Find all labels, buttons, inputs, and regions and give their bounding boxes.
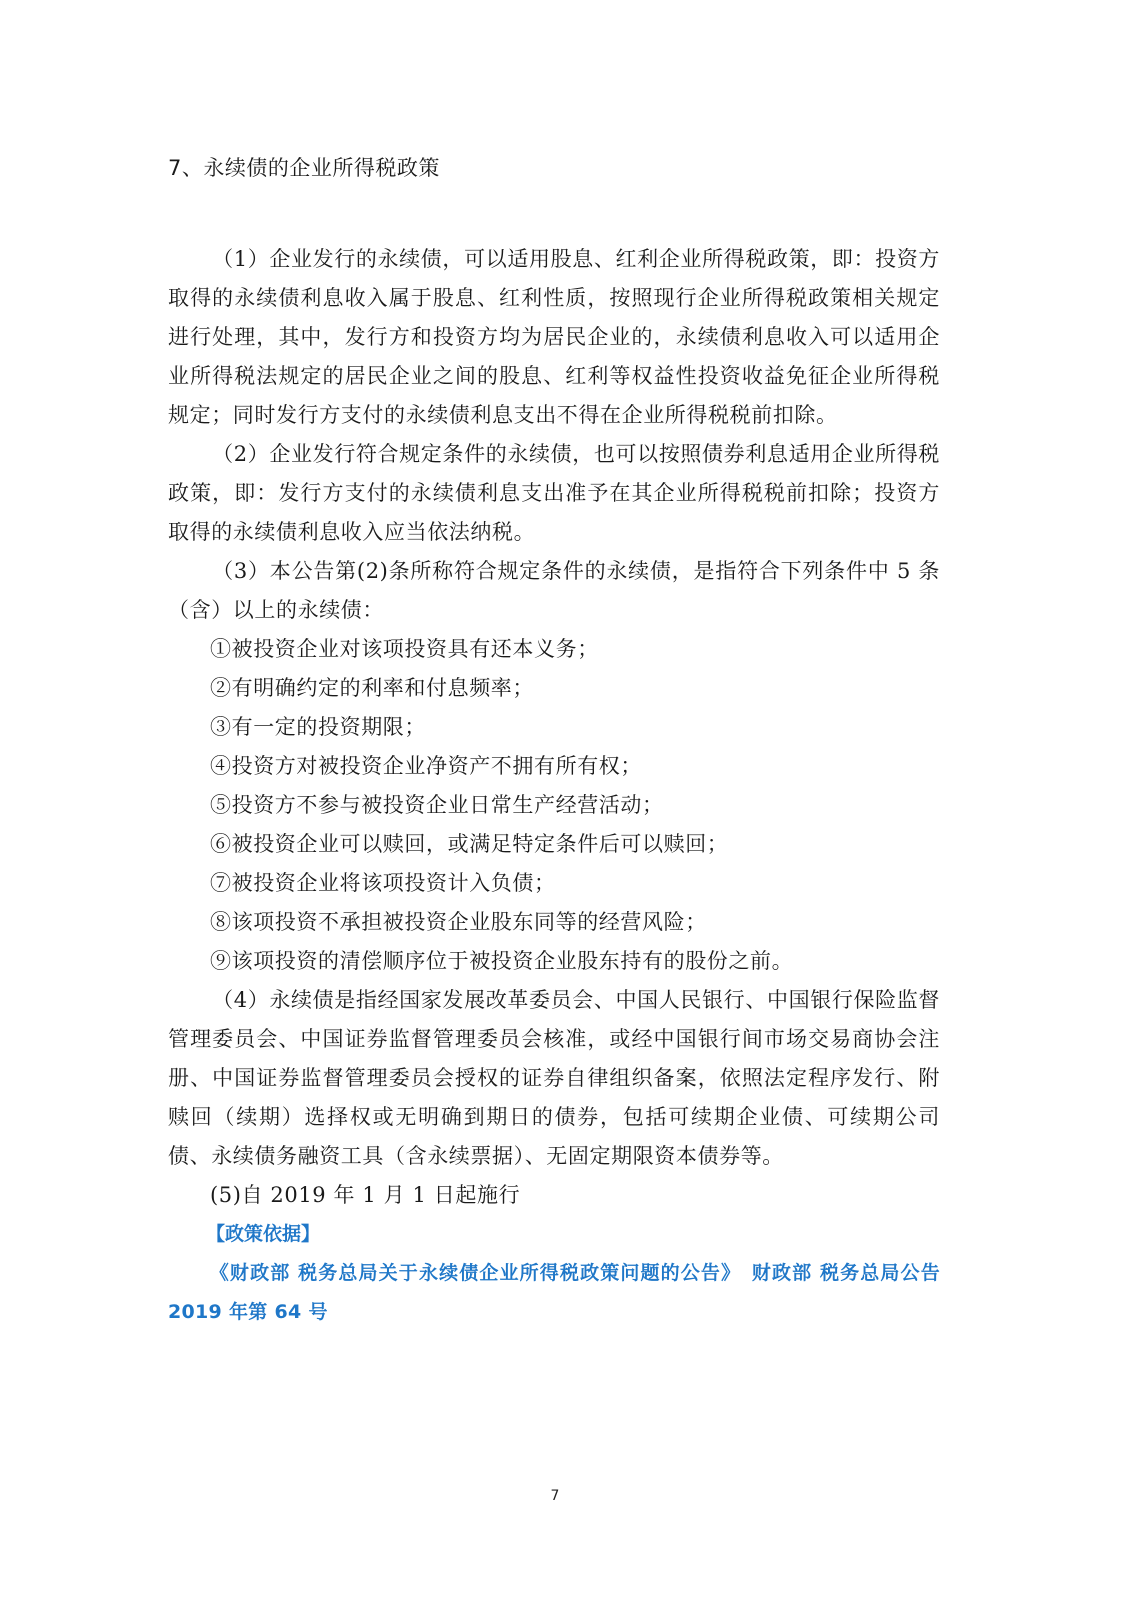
condition-item: ①被投资企业对该项投资具有还本义务； bbox=[168, 630, 940, 669]
paragraph-5: (5)自 2019 年 1 月 1 日起施行 bbox=[168, 1176, 940, 1215]
policy-basis-text: 《财政部 税务总局关于永续债企业所得税政策问题的公告》 财政部 税务总局公告 2… bbox=[168, 1254, 940, 1332]
condition-item: ④投资方对被投资企业净资产不拥有所有权； bbox=[168, 747, 940, 786]
condition-item: ②有明确约定的利率和付息频率； bbox=[168, 669, 940, 708]
condition-item: ⑧该项投资不承担被投资企业股东同等的经营风险； bbox=[168, 903, 940, 942]
condition-item: ⑤投资方不参与被投资企业日常生产经营活动； bbox=[168, 786, 940, 825]
section-title: 7、永续债的企业所得税政策 bbox=[168, 152, 440, 182]
policy-basis-label: 【政策依据】 bbox=[168, 1215, 940, 1254]
body-content: （1）企业发行的永续债，可以适用股息、红利企业所得税政策，即：投资方取得的永续债… bbox=[168, 240, 940, 1332]
paragraph-1: （1）企业发行的永续债，可以适用股息、红利企业所得税政策，即：投资方取得的永续债… bbox=[168, 240, 940, 435]
paragraph-4: （4）永续债是指经国家发展改革委员会、中国人民银行、中国银行保险监督管理委员会、… bbox=[168, 981, 940, 1176]
condition-item: ③有一定的投资期限； bbox=[168, 708, 940, 747]
conditions-list: ①被投资企业对该项投资具有还本义务； ②有明确约定的利率和付息频率； ③有一定的… bbox=[168, 630, 940, 981]
paragraph-3: （3）本公告第(2)条所称符合规定条件的永续债，是指符合下列条件中 5 条（含）… bbox=[168, 552, 940, 630]
page-number: 7 bbox=[0, 1488, 1110, 1504]
condition-item: ⑨该项投资的清偿顺序位于被投资企业股东持有的股份之前。 bbox=[168, 942, 940, 981]
condition-item: ⑦被投资企业将该项投资计入负债； bbox=[168, 864, 940, 903]
paragraph-2: （2）企业发行符合规定条件的永续债，也可以按照债券利息适用企业所得税政策，即：发… bbox=[168, 435, 940, 552]
condition-item: ⑥被投资企业可以赎回，或满足特定条件后可以赎回； bbox=[168, 825, 940, 864]
document-page: 7、永续债的企业所得税政策 （1）企业发行的永续债，可以适用股息、红利企业所得税… bbox=[0, 0, 1130, 1600]
